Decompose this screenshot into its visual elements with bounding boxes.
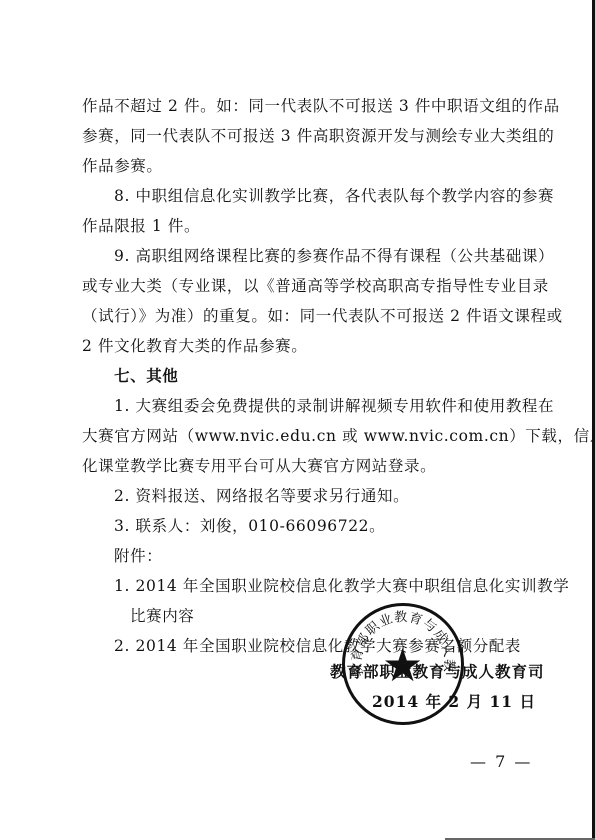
issuer-signature: 教育部职业教育与成人教育司 bbox=[330, 660, 545, 682]
other-item-line: 大赛官方网站（www.nvic.edu.cn 或 www.nvic.com.cn… bbox=[82, 426, 522, 446]
other-item-3-contact: 3. 联系人：刘俊，010-66096722。 bbox=[114, 516, 554, 536]
other-item-2: 2. 资料报送、网络报名等要求另行通知。 bbox=[114, 486, 554, 506]
body-line: （试行）》为准）的重复。如：同一代表队不可报送 2 件语文课程或 bbox=[82, 306, 522, 326]
body-line: 2 件文化教育大类的作品参赛。 bbox=[82, 336, 522, 356]
body-line-item-8: 8. 中职组信息化实训教学比赛，各代表队每个教学内容的参赛 bbox=[114, 186, 554, 206]
page-number: — 7 — bbox=[470, 752, 532, 771]
issue-date: 2014 年 2 月 11 日 bbox=[372, 690, 536, 712]
attachment-1: 1. 2014 年全国职业院校信息化教学大赛中职组信息化实训教学 bbox=[114, 576, 554, 596]
other-item-1: 1. 大赛组委会免费提供的录制讲解视频专用软件和使用教程在 bbox=[114, 396, 554, 416]
attachments-label: 附件： bbox=[114, 546, 554, 566]
other-item-line: 化课堂教学比赛专用平台可从大赛官方网站登录。 bbox=[82, 456, 522, 476]
attachment-2: 2. 2014 年全国职业院校信息化教学大赛参赛名额分配表 bbox=[114, 636, 554, 656]
body-line: 作品限报 1 件。 bbox=[82, 216, 522, 236]
document-page: 作品不超过 2 件。如：同一代表队不可报送 3 件中职语文组的作品 参赛，同一代… bbox=[0, 0, 595, 840]
section-heading-other: 七、其他 bbox=[114, 366, 554, 386]
body-line: 或专业大类（专业课，以《普通高等学校高职高专指导性专业目录 bbox=[82, 276, 522, 296]
body-line: 参赛，同一代表队不可报送 3 件高职资源开发与测绘专业大类组的 bbox=[82, 126, 522, 146]
body-line: 作品参赛。 bbox=[82, 156, 522, 176]
body-line-item-9: 9. 高职组网络课程比赛的参赛作品不得有课程（公共基础课） bbox=[114, 246, 554, 266]
body-line: 作品不超过 2 件。如：同一代表队不可报送 3 件中职语文组的作品 bbox=[82, 96, 522, 116]
